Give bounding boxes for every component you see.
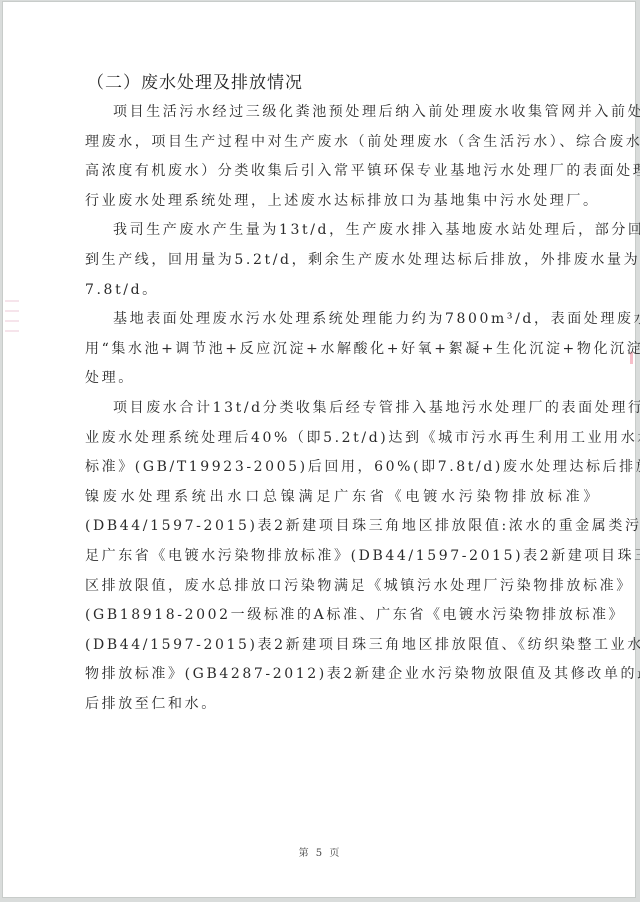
text-line: 业废水处理系统处理后40%（即5.2t/d)达到《城市污水再生利用工业用水水质 <box>85 424 600 454</box>
text-line: 理废水，项目生产过程中对生产废水（前处理废水（含生活污水）、综合废水、 <box>85 128 600 158</box>
text-line: 区排放限值，废水总排放口污染物满足《城镇污水处理厂污染物排放标准》 <box>85 572 600 602</box>
paragraph-1: 项目生活污水经过三级化粪池预处理后纳入前处理废水收集管网并入前处 理废水，项目生… <box>85 98 603 216</box>
text-line: 物排放标准》(GB4287-2012)表2新建企业水污染物放限值及其修改单的最严… <box>85 660 600 690</box>
text-line: 处理。 <box>85 364 600 394</box>
paragraph-2: 我司生产废水产生量为13t/d，生产废水排入基地废水站处理后，部分回用 到生产线… <box>85 216 603 305</box>
text-line: 项目废水合计13t/d分类收集后经专管排入基地污水处理厂的表面处理行 <box>85 394 600 424</box>
text-line: 足广东省《电镀水污染物排放标准》(DB44/1597-2015)表2新建项目珠三… <box>85 542 600 572</box>
text-line: 基地表面处理废水污水处理系统处理能力约为7800m³/d，表面处理废水采 <box>85 305 600 335</box>
text-line: 行业废水处理系统处理，上述废水达标排放口为基地集中污水处理厂。 <box>85 187 600 217</box>
text-line: 镍废水处理系统出水口总镍满足广东省《电镀水污染物排放标准》 <box>85 483 600 513</box>
text-line: 标准》(GB/T19923-2005)后回用，60%(即7.8t/d)废水处理达… <box>85 453 600 483</box>
document-body: （二）废水处理及排放情况 项目生活污水经过三级化粪池预处理后纳入前处理废水收集管… <box>85 68 603 719</box>
text-line: 后排放至仁和水。 <box>85 690 600 720</box>
page-number: 第 5 页 <box>3 844 637 859</box>
text-line: 用“集水池+调节池+反应沉淀+水解酸化+好氧+絮凝+生化沉淀+物化沉淀”工艺 <box>85 335 600 365</box>
paragraph-4: 项目废水合计13t/d分类收集后经专管排入基地污水处理厂的表面处理行 业废水处理… <box>85 394 603 720</box>
text-line: 到生产线，回用量为5.2t/d，剩余生产废水处理达标后排放，外排废水量为 <box>85 246 600 276</box>
text-line: 我司生产废水产生量为13t/d，生产废水排入基地废水站处理后，部分回用 <box>85 216 600 246</box>
text-line: 高浓度有机废水）分类收集后引入常平镇环保专业基地污水处理厂的表面处理 <box>85 157 600 187</box>
text-line: (DB44/1597-2015)表2新建项目珠三角地区排放限值、《纺织染整工业水… <box>85 631 600 661</box>
text-line: (DB44/1597-2015)表2新建项目珠三角地区排放限值:浓水的重金属类污… <box>85 512 600 542</box>
text-line: 7.8t/d。 <box>85 276 600 306</box>
scan-artifact-left <box>5 292 19 362</box>
text-line: (GB18918-2002一级标准的A标准、广东省《电镀水污染物排放标准》 <box>85 601 600 631</box>
text-line: 项目生活污水经过三级化粪池预处理后纳入前处理废水收集管网并入前处 <box>85 98 600 128</box>
section-heading: （二）废水处理及排放情况 <box>87 68 603 98</box>
paragraph-3: 基地表面处理废水污水处理系统处理能力约为7800m³/d，表面处理废水采 用“集… <box>85 305 603 394</box>
document-page: （二）废水处理及排放情况 项目生活污水经过三级化粪池预处理后纳入前处理废水收集管… <box>2 1 636 898</box>
